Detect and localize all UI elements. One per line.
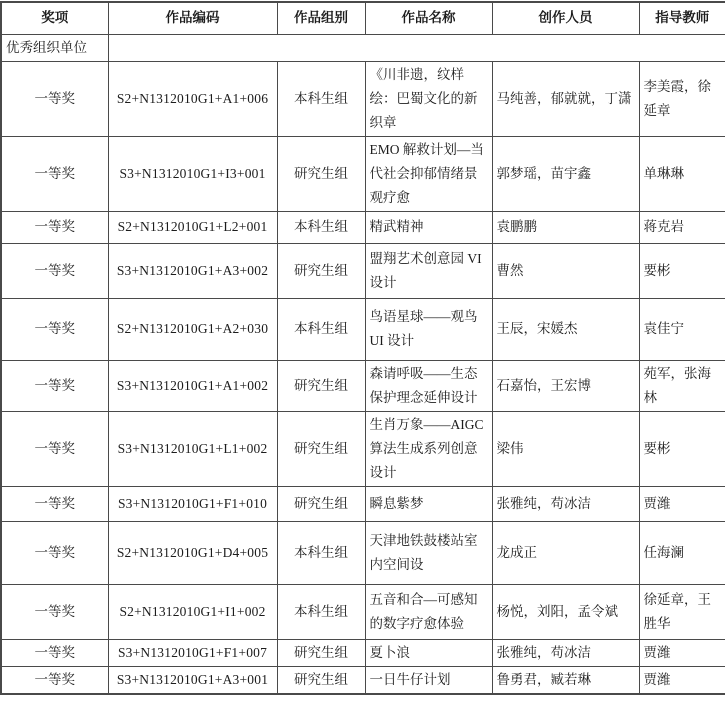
title-cell: 五音和合—可感知的数字疗愈体验 [365,584,492,639]
group-cell: 研究生组 [277,243,365,298]
creators-cell: 石嘉怡，王宏博 [492,360,639,411]
table-row: 一等奖 S2+N1312010G1+D4+005 本科生组 天津地铁鼓楼站室内空… [1,521,725,584]
title-cell: EMO 解救计划—当代社会抑郁情绪景观疗愈 [365,136,492,211]
teachers-cell: 李美霞，徐延章 [639,61,725,136]
awards-table: 奖项 作品编码 作品组别 作品名称 创作人员 指导教师 优秀组织单位 一等奖 S… [0,1,725,695]
group-cell: 本科生组 [277,521,365,584]
teachers-cell: 徐延章，王胜华 [639,584,725,639]
header-code: 作品编码 [108,2,277,34]
award-cell: 一等奖 [1,486,108,521]
title-cell: 夏卜浪 [365,639,492,666]
group-cell: 研究生组 [277,360,365,411]
code-cell: S3+N1312010G1+A1+002 [108,360,277,411]
table-row: 一等奖 S2+N1312010G1+L2+001 本科生组 精武精神 袁鹏鹏 蒋… [1,211,725,243]
title-cell: 瞬息紫梦 [365,486,492,521]
award-cell: 一等奖 [1,243,108,298]
table-row: 一等奖 S3+N1312010G1+A3+002 研究生组 盟翔艺术创意园 VI… [1,243,725,298]
creators-cell: 张雅纯，苟冰洁 [492,486,639,521]
award-cell: 一等奖 [1,411,108,486]
table-row: 一等奖 S2+N1312010G1+I1+002 本科生组 五音和合—可感知的数… [1,584,725,639]
group-cell: 研究生组 [277,136,365,211]
title-cell: 天津地铁鼓楼站室内空间设 [365,521,492,584]
group-cell: 本科生组 [277,584,365,639]
group-cell: 本科生组 [277,298,365,360]
title-cell: 《川非遗，纹样绘：巴蜀文化的新织章 [365,61,492,136]
header-creators: 创作人员 [492,2,639,34]
creators-cell: 龙成正 [492,521,639,584]
title-cell: 森请呼吸——生态保护理念延伸设计 [365,360,492,411]
award-cell: 一等奖 [1,360,108,411]
header-row: 奖项 作品编码 作品组别 作品名称 创作人员 指导教师 [1,2,725,34]
group-cell: 研究生组 [277,486,365,521]
award-cell: 一等奖 [1,521,108,584]
teachers-cell: 要彬 [639,411,725,486]
group-cell: 研究生组 [277,639,365,666]
teachers-cell: 贾潍 [639,639,725,666]
title-cell: 精武精神 [365,211,492,243]
org-unit-empty-cell [108,34,725,61]
title-cell: 鸟语星球——观鸟 UI 设计 [365,298,492,360]
teachers-cell: 单琳琳 [639,136,725,211]
title-cell: 一日牛仔计划 [365,666,492,694]
table-row: 一等奖 S2+N1312010G1+A1+006 本科生组 《川非遗，纹样绘：巴… [1,61,725,136]
award-cell: 一等奖 [1,298,108,360]
creators-cell: 王辰，宋媛杰 [492,298,639,360]
teachers-cell: 贾潍 [639,486,725,521]
award-cell: 一等奖 [1,584,108,639]
table-row: 一等奖 S3+N1312010G1+F1+010 研究生组 瞬息紫梦 张雅纯，苟… [1,486,725,521]
award-cell: 一等奖 [1,136,108,211]
teachers-cell: 袁佳宁 [639,298,725,360]
title-cell: 生肖万象——AIGC 算法生成系列创意设计 [365,411,492,486]
teachers-cell: 要彬 [639,243,725,298]
award-cell: 一等奖 [1,666,108,694]
header-teachers: 指导教师 [639,2,725,34]
org-unit-label: 优秀组织单位 [1,34,108,61]
code-cell: S2+N1312010G1+D4+005 [108,521,277,584]
code-cell: S2+N1312010G1+A1+006 [108,61,277,136]
teachers-cell: 贾潍 [639,666,725,694]
creators-cell: 马纯善，郁就就，丁潇 [492,61,639,136]
creators-cell: 张雅纯，苟冰洁 [492,639,639,666]
table-row: 一等奖 S3+N1312010G1+I3+001 研究生组 EMO 解救计划—当… [1,136,725,211]
award-cell: 一等奖 [1,61,108,136]
header-group: 作品组别 [277,2,365,34]
creators-cell: 梁伟 [492,411,639,486]
table-row: 一等奖 S3+N1312010G1+A1+002 研究生组 森请呼吸——生态保护… [1,360,725,411]
org-unit-row: 优秀组织单位 [1,34,725,61]
code-cell: S3+N1312010G1+A3+001 [108,666,277,694]
code-cell: S2+N1312010G1+I1+002 [108,584,277,639]
code-cell: S2+N1312010G1+L2+001 [108,211,277,243]
group-cell: 研究生组 [277,411,365,486]
table-row: 一等奖 S3+N1312010G1+L1+002 研究生组 生肖万象——AIGC… [1,411,725,486]
teachers-cell: 苑军，张海林 [639,360,725,411]
table-row: 一等奖 S3+N1312010G1+A3+001 研究生组 一日牛仔计划 鲁勇君… [1,666,725,694]
group-cell: 研究生组 [277,666,365,694]
code-cell: S3+N1312010G1+L1+002 [108,411,277,486]
creators-cell: 郭梦瑶，苗宇鑫 [492,136,639,211]
table-row: 一等奖 S3+N1312010G1+F1+007 研究生组 夏卜浪 张雅纯，苟冰… [1,639,725,666]
creators-cell: 曹然 [492,243,639,298]
teachers-cell: 蒋克岩 [639,211,725,243]
code-cell: S3+N1312010G1+A3+002 [108,243,277,298]
code-cell: S2+N1312010G1+A2+030 [108,298,277,360]
group-cell: 本科生组 [277,211,365,243]
award-cell: 一等奖 [1,639,108,666]
table-row: 一等奖 S2+N1312010G1+A2+030 本科生组 鸟语星球——观鸟 U… [1,298,725,360]
group-cell: 本科生组 [277,61,365,136]
code-cell: S3+N1312010G1+F1+007 [108,639,277,666]
header-title: 作品名称 [365,2,492,34]
teachers-cell: 任海澜 [639,521,725,584]
code-cell: S3+N1312010G1+I3+001 [108,136,277,211]
title-cell: 盟翔艺术创意园 VI 设计 [365,243,492,298]
award-cell: 一等奖 [1,211,108,243]
creators-cell: 杨悦，刘阳，孟令斌 [492,584,639,639]
code-cell: S3+N1312010G1+F1+010 [108,486,277,521]
header-award: 奖项 [1,2,108,34]
creators-cell: 鲁勇君，臧若琳 [492,666,639,694]
creators-cell: 袁鹏鹏 [492,211,639,243]
